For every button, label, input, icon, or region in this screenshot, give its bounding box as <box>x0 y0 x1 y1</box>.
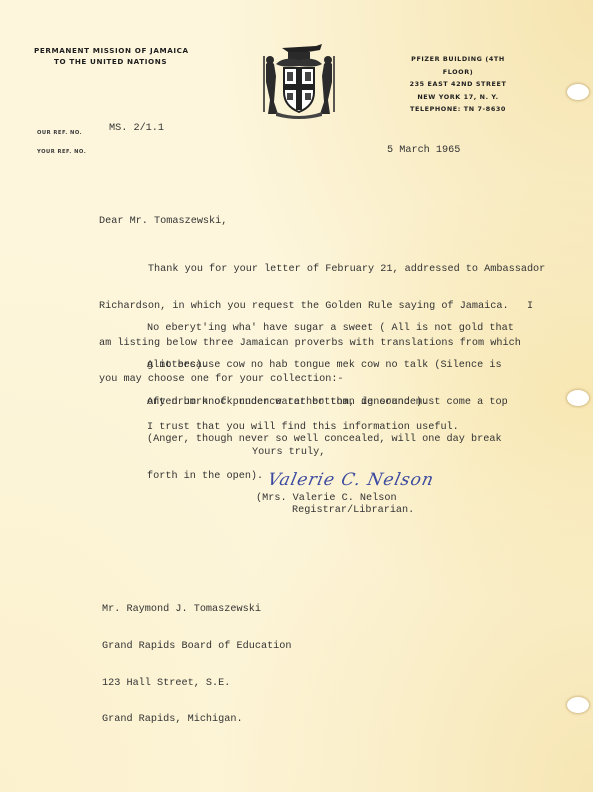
letterhead-address: PFIZER BUILDING (4TH FLOOR) 235 EAST 42N… <box>398 53 518 116</box>
proverb-line: No eberyt'ing wha' have sugar a sweet ( … <box>147 323 514 335</box>
salutation: Dear Mr. Tomaszewski, <box>99 216 227 228</box>
recipient-line: Grand Rapids Board of Education <box>102 641 292 653</box>
mission-line-1: PERMANENT MISSION OF JAMAICA <box>34 45 189 56</box>
letterhead-mission: PERMANENT MISSION OF JAMAICA TO THE UNIT… <box>34 45 189 67</box>
valediction: Yours truly, <box>252 447 325 459</box>
recipient-line: Grand Rapids, Michigan. <box>102 714 292 726</box>
address-line-street: 235 EAST 42ND STREET <box>398 78 518 91</box>
proverb-line: A no because cow no hab tongue mek cow n… <box>147 360 502 372</box>
address-line-city: NEW YORK 17, N. Y. <box>398 91 518 104</box>
recipient-line: 123 Hall Street, S.E. <box>102 678 292 690</box>
proverb-line: Any drum knock under water bottom, de so… <box>147 397 508 409</box>
our-ref-label: OUR REF. NO. <box>37 130 82 136</box>
address-line-building: PFIZER BUILDING (4TH FLOOR) <box>398 53 518 78</box>
punch-hole-top <box>567 84 589 100</box>
your-ref-label: YOUR REF. NO. <box>37 149 86 155</box>
handwritten-signature: Valerie C. Nelson <box>266 470 436 490</box>
punch-hole-middle <box>567 390 589 406</box>
intro-line: Thank you for your letter of February 21… <box>99 264 545 276</box>
address-line-telephone: TELEPHONE: TN 7-8630 <box>398 103 518 116</box>
proverb-line: (Anger, though never so well concealed, … <box>147 434 508 446</box>
our-ref-value: MS. 2/1.1 <box>109 123 164 135</box>
letter-date: 5 March 1965 <box>387 145 460 157</box>
signer-title: Registrar/Librarian. <box>292 505 414 517</box>
mission-line-2: TO THE UNITED NATIONS <box>34 56 189 67</box>
closing-line: I trust that you will find this informat… <box>147 422 459 434</box>
punch-hole-bottom <box>567 697 589 713</box>
recipient-line: Mr. Raymond J. Tomaszewski <box>102 604 292 616</box>
signer-name: (Mrs. Valerie C. Nelson <box>256 493 397 505</box>
coat-of-arms-icon <box>258 42 340 120</box>
recipient-address: Mr. Raymond J. Tomaszewski Grand Rapids … <box>102 580 292 739</box>
